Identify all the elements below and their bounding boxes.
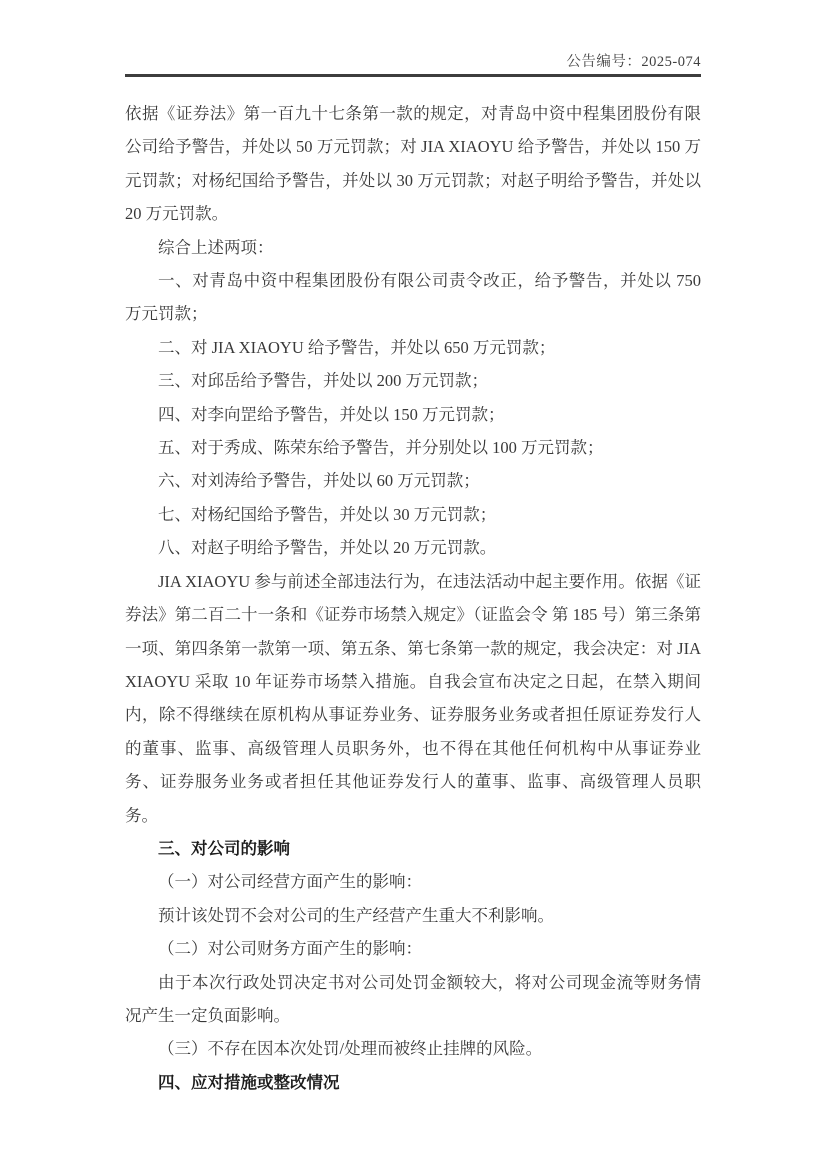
- paragraph-summary-intro: 综合上述两项：: [125, 231, 701, 264]
- list-item-7: 七、对杨纪国给予警告，并处以 30 万元罚款；: [125, 498, 701, 531]
- announcement-number: 公告编号：2025-074: [125, 53, 701, 71]
- list-item-5: 五、对于秀成、陈荣东给予警告，并分别处以 100 万元罚款；: [125, 431, 701, 464]
- header-rule: [125, 74, 701, 77]
- document-page: 公告编号：2025-074 依据《证券法》第一百九十七条第一款的规定，对青岛中资…: [0, 0, 827, 1169]
- paragraph-penalties: 依据《证券法》第一百九十七条第一款的规定，对青岛中资中程集团股份有限公司给予警告…: [125, 97, 701, 231]
- subheading-finance-impact: （二）对公司财务方面产生的影响：: [125, 932, 701, 965]
- section-heading-company-impact: 三、对公司的影响: [125, 832, 701, 865]
- section-heading-remediation: 四、应对措施或整改情况: [125, 1066, 701, 1099]
- list-item-1: 一、对青岛中资中程集团股份有限公司责令改正，给予警告，并处以 750 万元罚款；: [125, 264, 701, 331]
- list-item-6: 六、对刘涛给予警告，并处以 60 万元罚款；: [125, 464, 701, 497]
- document-body: 依据《证券法》第一百九十七条第一款的规定，对青岛中资中程集团股份有限公司给予警告…: [125, 97, 701, 1099]
- paragraph-finance-impact: 由于本次行政处罚决定书对公司处罚金额较大，将对公司现金流等财务情况产生一定负面影…: [125, 966, 701, 1033]
- list-item-4: 四、对李向罡给予警告，并处以 150 万元罚款；: [125, 398, 701, 431]
- list-item-2: 二、对 JIA XIAOYU 给予警告，并处以 650 万元罚款；: [125, 331, 701, 364]
- paragraph-market-ban: JIA XIAOYU 参与前述全部违法行为，在违法活动中起主要作用。依据《证券法…: [125, 565, 701, 832]
- list-item-3: 三、对邱岳给予警告，并处以 200 万元罚款；: [125, 364, 701, 397]
- list-item-8: 八、对赵子明给予警告，并处以 20 万元罚款。: [125, 531, 701, 564]
- paragraph-delisting-risk: （三）不存在因本次处罚/处理而被终止挂牌的风险。: [125, 1032, 701, 1065]
- paragraph-operation-impact: 预计该处罚不会对公司的生产经营产生重大不利影响。: [125, 899, 701, 932]
- subheading-operation-impact: （一）对公司经营方面产生的影响：: [125, 865, 701, 898]
